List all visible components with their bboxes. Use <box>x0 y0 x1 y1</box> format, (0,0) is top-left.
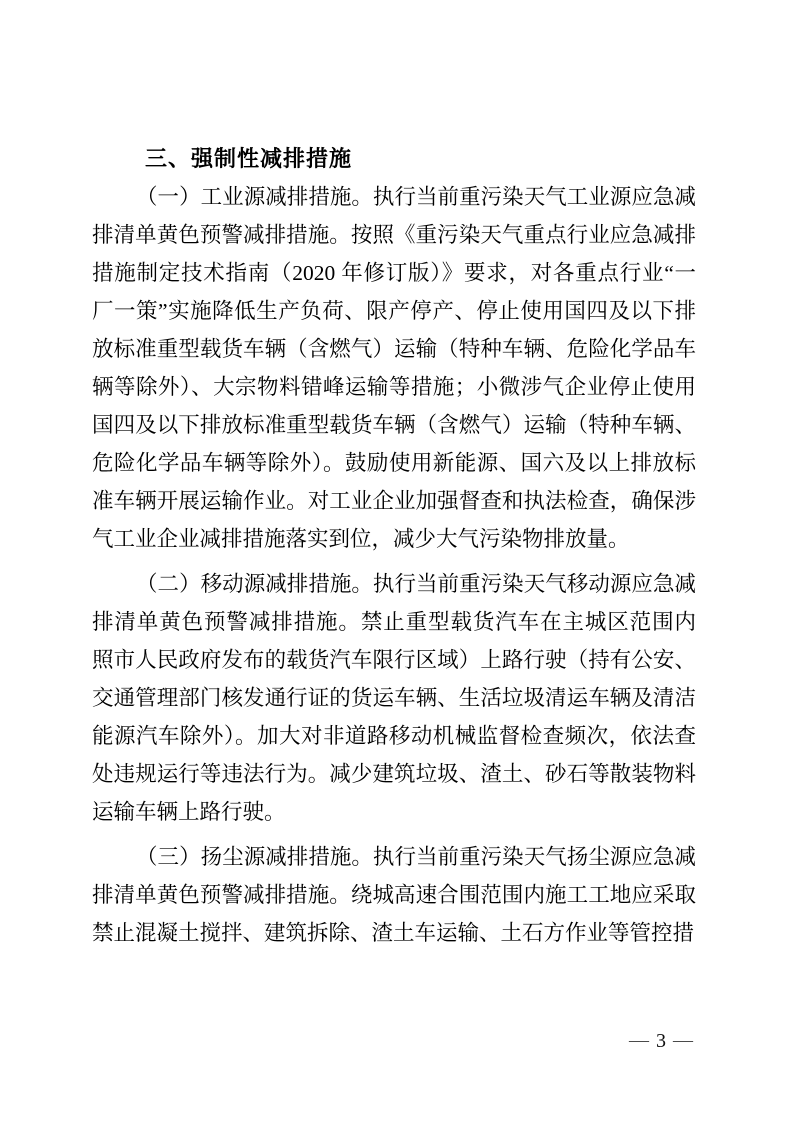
footer-dash-left: — <box>629 1028 649 1052</box>
text-line: 禁止混凝土搅拌、建筑拆除、渣土车运输、土石方作业等管控措 <box>92 914 696 952</box>
text-line: 排清单黄色预警减排措施。按照《重污染天气重点行业应急减排 <box>92 216 696 254</box>
text-line: 能源汽车除外）。加大对非道路移动机械监督检查频次，依法查 <box>92 717 696 755</box>
text-line: 气工业企业减排措施落实到位，减少大气污染物排放量。 <box>92 520 696 558</box>
section-heading: 三、强制性减排措施 <box>92 140 696 178</box>
text-line: （一）工业源减排措施。执行当前重污染天气工业源应急减 <box>92 178 696 216</box>
text-line: （三）扬尘源减排措施。执行当前重污染天气扬尘源应急减 <box>92 838 696 876</box>
text-line: 处违规运行等违法行为。减少建筑垃圾、渣土、砂石等散装物料 <box>92 755 696 793</box>
document-body: （一）工业源减排措施。执行当前重污染天气工业源应急减排清单黄色预警减排措施。按照… <box>92 178 696 952</box>
text-line: 厂一策”实施降低生产负荷、限产停产、停止使用国四及以下排 <box>92 292 696 330</box>
document-content: 三、强制性减排措施 （一）工业源减排措施。执行当前重污染天气工业源应急减排清单黄… <box>92 140 696 952</box>
page-footer: — 3 — <box>629 1029 693 1053</box>
paragraph: （二）移动源减排措施。执行当前重污染天气移动源应急减排清单黄色预警减排措施。禁止… <box>92 565 696 831</box>
text-line: 照市人民政府发布的载货汽车限行区域）上路行驶（持有公安、 <box>92 641 696 679</box>
text-line: 放标准重型载货车辆（含燃气）运输（特种车辆、危险化学品车 <box>92 330 696 368</box>
text-line: 运输车辆上路行驶。 <box>92 793 696 831</box>
text-line: 措施制定技术指南（2020 年修订版）》要求，对各重点行业“一 <box>92 254 696 292</box>
text-line: 排清单黄色预警减排措施。禁止重型载货汽车在主城区范围内（参 <box>92 603 696 641</box>
text-line: 准车辆开展运输作业。对工业企业加强督查和执法检查，确保涉 <box>92 482 696 520</box>
text-line: 交通管理部门核发通行证的货运车辆、生活垃圾清运车辆及清洁 <box>92 679 696 717</box>
text-line: 国四及以下排放标准重型载货车辆（含燃气）运输（特种车辆、 <box>92 406 696 444</box>
text-line: （二）移动源减排措施。执行当前重污染天气移动源应急减 <box>92 565 696 603</box>
page-number: 3 <box>656 1029 666 1053</box>
paragraph: （三）扬尘源减排措施。执行当前重污染天气扬尘源应急减排清单黄色预警减排措施。绕城… <box>92 838 696 952</box>
text-line: 危险化学品车辆等除外）。鼓励使用新能源、国六及以上排放标 <box>92 444 696 482</box>
text-line: 排清单黄色预警减排措施。绕城高速合围范围内施工工地应采取 <box>92 876 696 914</box>
text-line: 辆等除外）、大宗物料错峰运输等措施；小微涉气企业停止使用 <box>92 368 696 406</box>
footer-dash-right: — <box>673 1028 693 1052</box>
document-page: 三、强制性减排措施 （一）工业源减排措施。执行当前重污染天气工业源应急减排清单黄… <box>0 0 793 1122</box>
paragraph: （一）工业源减排措施。执行当前重污染天气工业源应急减排清单黄色预警减排措施。按照… <box>92 178 696 558</box>
